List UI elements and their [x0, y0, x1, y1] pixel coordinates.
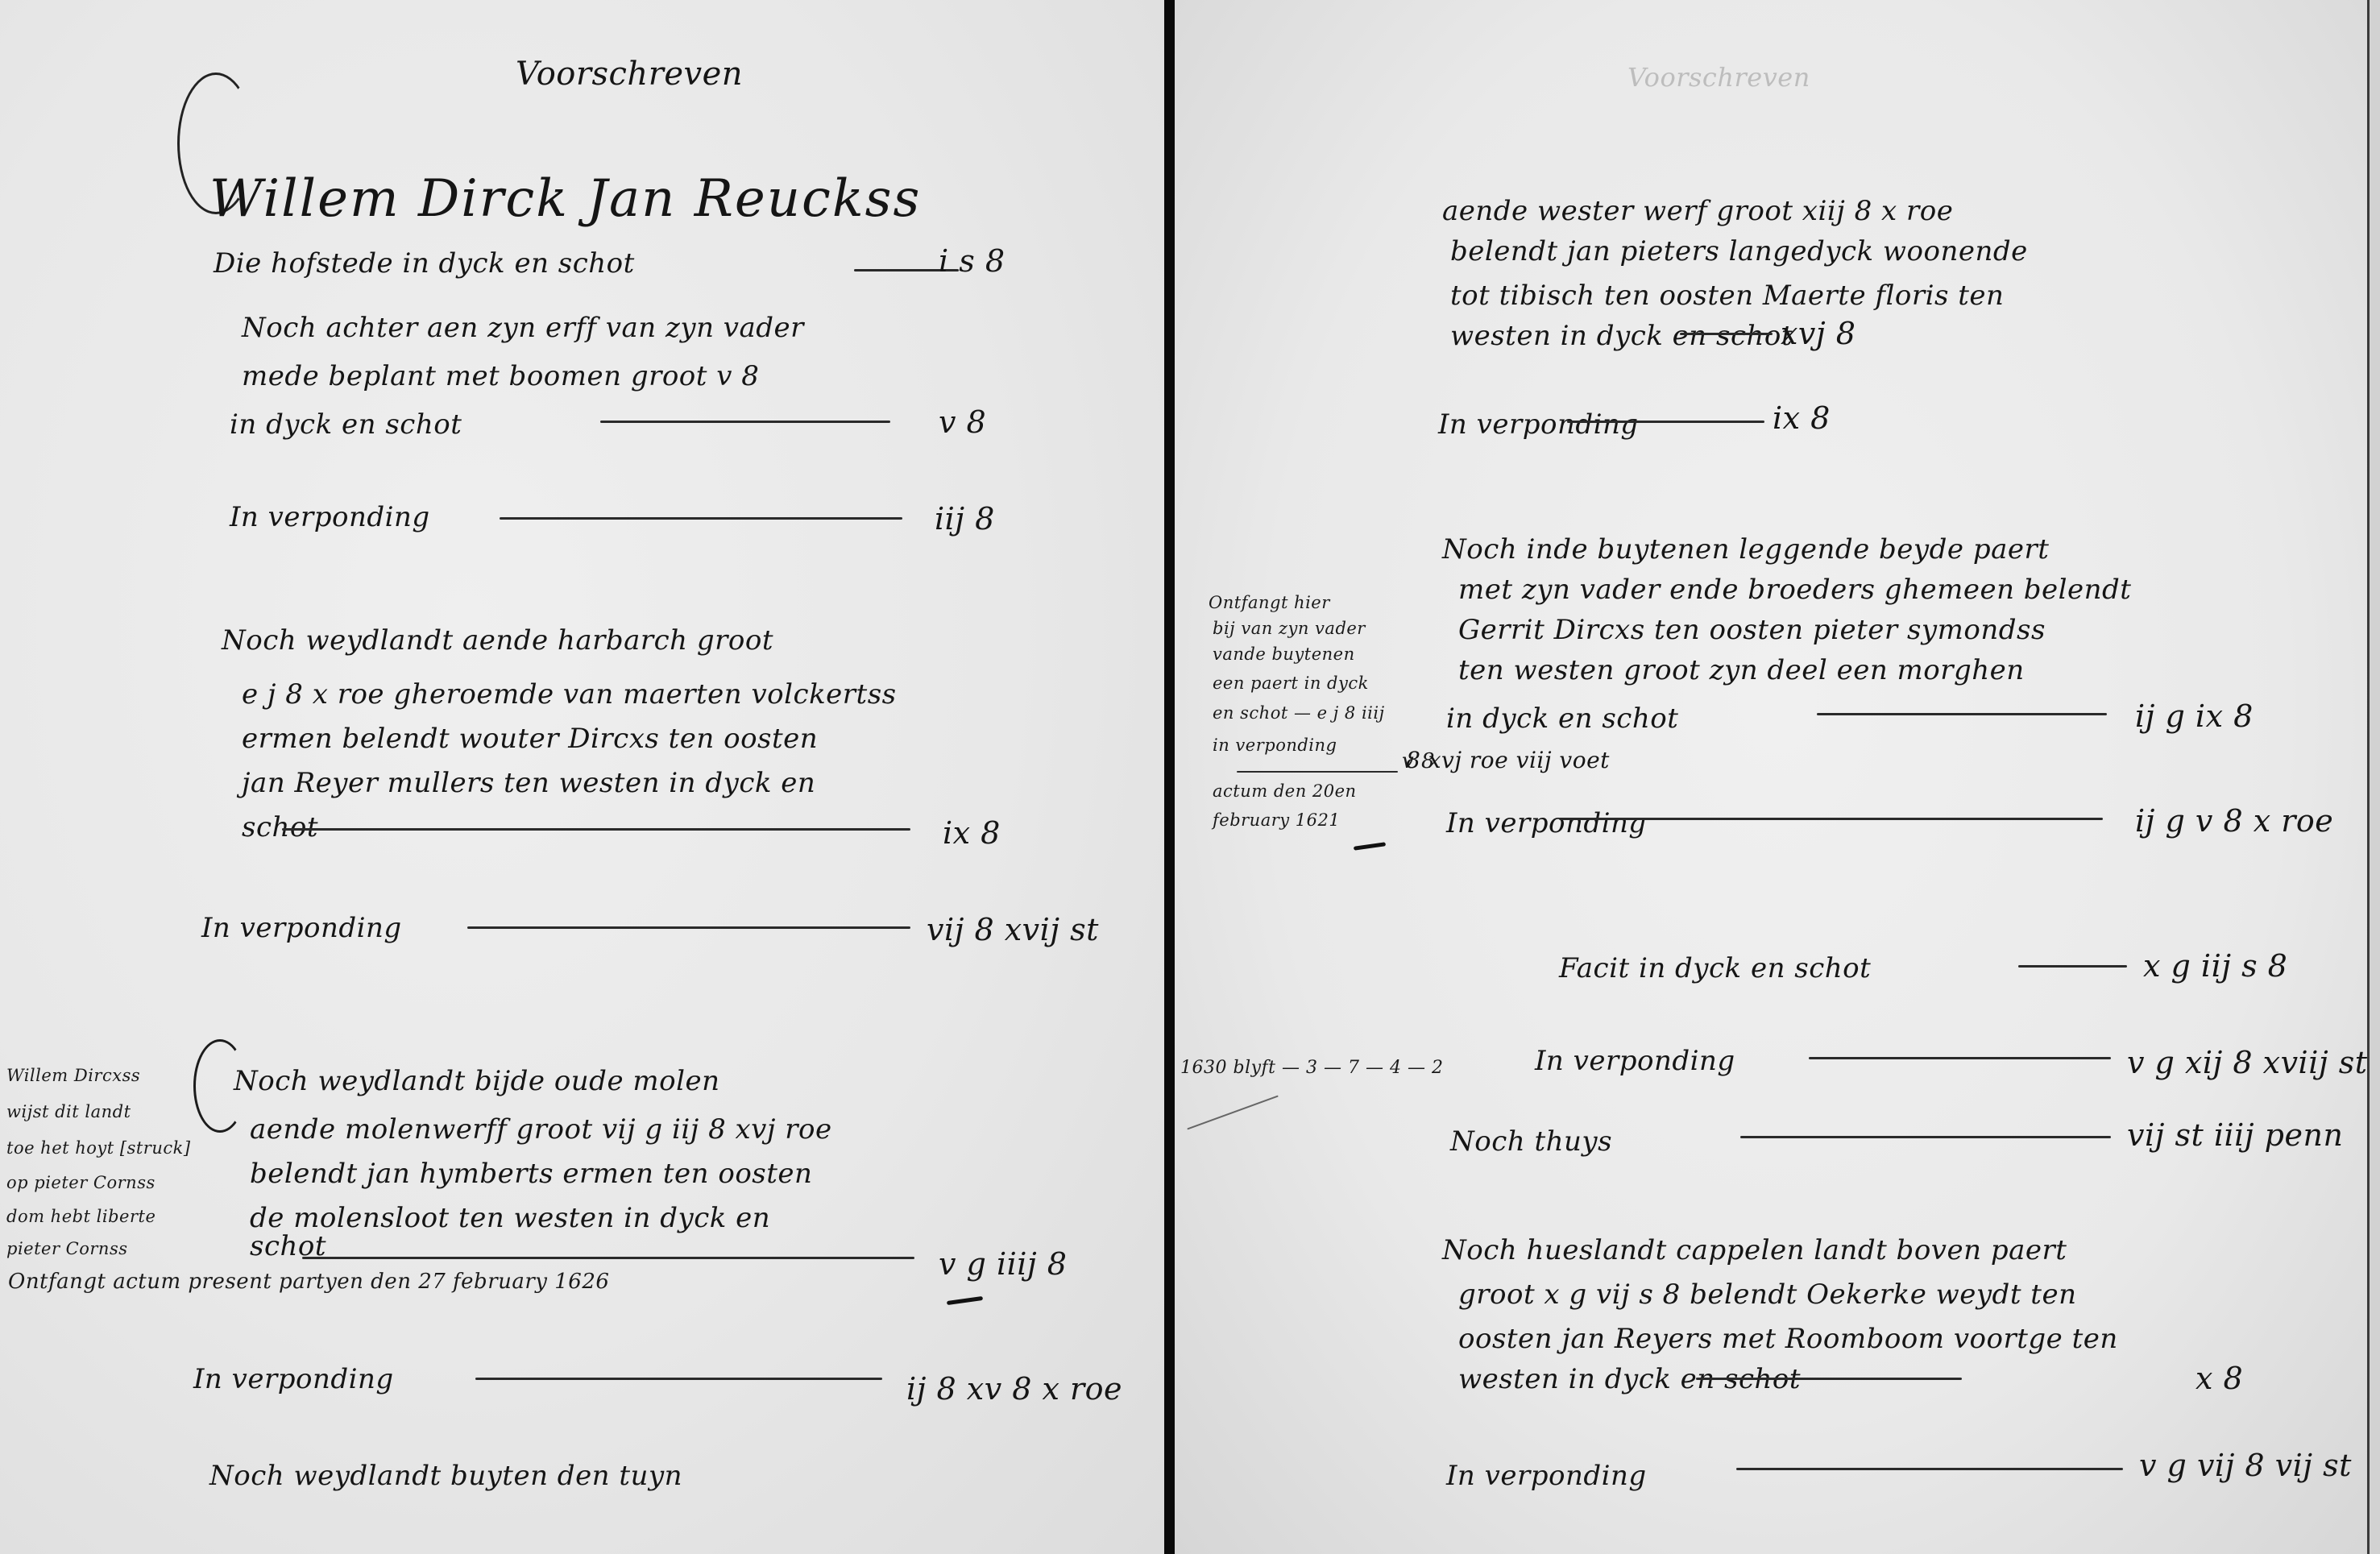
entry-rule: [1559, 818, 2103, 820]
entry-line: In verponding: [1446, 1462, 1647, 1490]
margin-note-line: february 1621: [1213, 812, 1340, 829]
margin-note-rule: [1237, 771, 1398, 773]
left-heading: Voorschreven: [516, 58, 743, 90]
entry-line: In verponding: [230, 503, 430, 531]
margin-note-line: toe het hoyt [struck]: [6, 1140, 191, 1157]
entry-rule: [2018, 965, 2127, 968]
right-page: [1175, 0, 2380, 1554]
owner-name: Willem Dirck Jan Reuckss: [209, 173, 921, 225]
entry-line: Die hofstede in dyck en schot: [214, 250, 635, 277]
entry-amount: iij 8: [935, 503, 995, 534]
entry-rule: [475, 1378, 882, 1380]
page-gutter-divider: [1164, 0, 1175, 1554]
entry-line: Noch weydlandt bijde oude molen: [234, 1067, 719, 1095]
margin-note-line: en schot — e j 8 iiij: [1213, 705, 1385, 722]
entry-line: groot x g vij s 8 belendt Oekerke weydt …: [1458, 1281, 2076, 1308]
entry-line: In verponding: [201, 914, 402, 942]
entry-rule: [600, 421, 890, 423]
margin-note-line: vande buytenen: [1213, 646, 1355, 663]
entry-rule: [1817, 713, 2107, 715]
entry-line: Noch weydlandt aende harbarch groot: [222, 627, 773, 654]
entry-rule: [302, 1257, 914, 1259]
entry-line: westen in dyck en schot: [1450, 322, 1793, 350]
entry-amount: vij st iiij penn: [2127, 1120, 2343, 1150]
entry-amount: ij g ix 8: [2135, 701, 2254, 731]
entry-line: In verponding: [1535, 1047, 1735, 1075]
entry-line: schot: [250, 1233, 326, 1260]
right-page-edge-strip: [2370, 0, 2380, 1554]
margin-note-line: dom hebt liberte: [6, 1208, 155, 1225]
entry-line: In verponding: [1438, 411, 1639, 438]
entry-line: belendt jan pieters langedyck woonende: [1450, 238, 2028, 265]
entry-rule: [1809, 1057, 2111, 1059]
entry-amount: ix 8: [943, 818, 1001, 848]
entry-amount: i s 8: [939, 246, 1005, 276]
entry-line: ermen belendt wouter Dircxs ten oosten: [242, 725, 818, 752]
entry-line: aende molenwerff groot vij g iij 8 xvj r…: [250, 1116, 832, 1143]
entry-line: in dyck en schot: [230, 411, 462, 438]
entry-rule: [1567, 421, 1764, 423]
entry-amount: x g iij s 8: [2143, 951, 2287, 981]
entry-rule: [282, 828, 910, 831]
margin-note-line: een paert in dyck: [1213, 675, 1369, 692]
entry-line: jan Reyer mullers ten westen in dyck en: [242, 769, 815, 797]
entry-rule: [1696, 1378, 1962, 1380]
entry-rule: [500, 517, 902, 520]
entry-amount: v 8: [939, 407, 986, 437]
entry-rule: [1736, 1468, 2123, 1470]
entry-line: in dyck en schot: [1446, 705, 1678, 732]
entry-line: schot: [242, 814, 318, 841]
margin-note-line: actum den 20en: [1213, 783, 1357, 800]
margin-note-line: in verponding: [1213, 737, 1337, 754]
entry-line: In verponding: [193, 1365, 394, 1393]
entry-amount: ij 8 xv 8 x roe: [906, 1374, 1122, 1404]
entry-amount: x 8: [2195, 1363, 2243, 1394]
entry-line: Noch achter aen zyn erff van zyn vader: [242, 314, 804, 342]
entry-line: Noch inde buytenen leggende beyde paert: [1442, 536, 2049, 563]
margin-note-line: pieter Cornss: [6, 1241, 128, 1258]
entry-line: 8 xvj roe viij voet: [1406, 749, 1610, 772]
entry-line: aende wester werf groot xiij 8 x roe: [1442, 197, 1953, 225]
ghost-heading-bleedthrough: Voorschreven: [1627, 64, 1810, 90]
entry-rule: [1740, 1136, 2111, 1138]
entry-amount: xvj 8: [1781, 318, 1855, 349]
entry-line: Facit in dyck en schot: [1559, 955, 1871, 982]
entry-amount: ij g v 8 x roe: [2135, 806, 2333, 836]
entry-line: Gerrit Dircxs ten oosten pieter symondss: [1458, 616, 2046, 644]
entry-line: mede beplant met boomen groot v 8: [242, 363, 759, 390]
entry-line: met zyn vader ende broeders ghemeen bele…: [1458, 576, 2131, 603]
entry-amount: v g xij 8 xviij st: [2127, 1047, 2368, 1078]
entry-line: oosten jan Reyers met Roomboom voortge t…: [1458, 1325, 2118, 1353]
entry-rule: [467, 926, 910, 929]
entry-line: tot tibisch ten oosten Maerte floris ten: [1450, 282, 2004, 309]
entry-line: Noch thuys: [1450, 1128, 1612, 1155]
entry-line: ten westen groot zyn deel een morghen: [1458, 657, 2025, 684]
entry-rule: [1680, 333, 1773, 335]
margin-note-line: Willem Dircxss: [6, 1067, 140, 1084]
receipt-note: Ontfangt actum present partyen den 27 fe…: [8, 1271, 609, 1292]
entry-line: e j 8 x roe gheroemde van maerten volcke…: [242, 681, 897, 708]
entry-line: Noch weydlandt buyten den tuyn: [209, 1462, 682, 1490]
entry-line: de molensloot ten westen in dyck en: [250, 1204, 770, 1232]
margin-note-line: Ontfangt hier: [1209, 595, 1330, 611]
entry-amount: v g vij 8 vij st: [2139, 1450, 2352, 1481]
entry-line: belendt jan hymberts ermen ten oosten: [250, 1160, 812, 1187]
entry-amount: v g iiij 8: [939, 1249, 1067, 1279]
entry-amount: vij 8 xvij st: [927, 914, 1099, 945]
margin-note-line: wijst dit landt: [6, 1104, 131, 1121]
margin-note-line: bij van zyn vader: [1213, 620, 1366, 637]
entry-line: Noch hueslandt cappelen landt boven paer…: [1442, 1237, 2067, 1264]
margin-note-line: op pieter Cornss: [6, 1175, 155, 1191]
entry-line: In verponding: [1446, 810, 1647, 837]
side-note-1630: 1630 blyft — 3 — 7 — 4 — 2: [1180, 1059, 1443, 1077]
entry-amount: ix 8: [1773, 403, 1831, 433]
